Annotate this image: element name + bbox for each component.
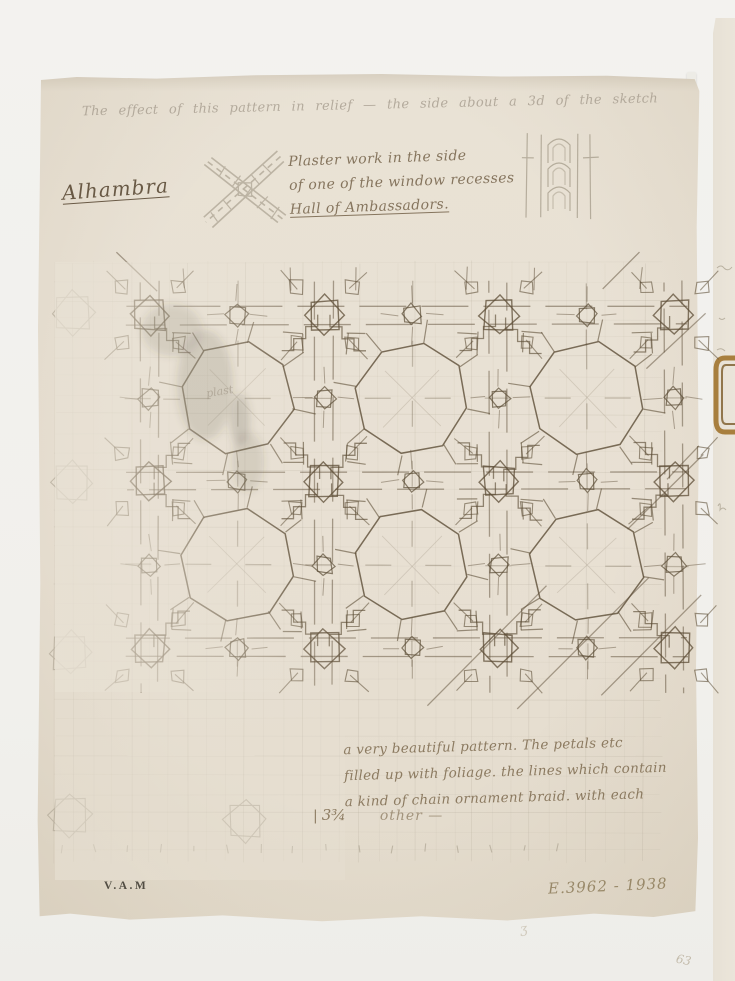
measurement-word: other — (380, 808, 444, 824)
description-note: a very beautiful pattern. The petals etc… (343, 729, 668, 815)
scanned-museum-page: The effect of this pattern in relief — t… (0, 0, 735, 981)
location-note: Plaster work in the side of one of the w… (288, 142, 516, 222)
measurement-note: |3¾other — (313, 806, 443, 824)
vam-stamp: V.A.M (104, 880, 148, 892)
backing-pencil-mark: ʒ (519, 922, 528, 938)
backing-page-number: 63 (675, 952, 693, 969)
measurement-mark: | (313, 808, 318, 824)
measurement-value: 3¾ (322, 806, 346, 824)
adjacent-page-edge (713, 18, 735, 981)
